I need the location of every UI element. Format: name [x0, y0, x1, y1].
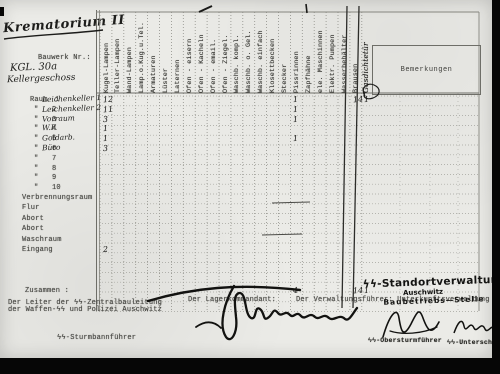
table-cell-value: 1 — [364, 95, 370, 104]
table-cell-value: 12 — [103, 95, 114, 105]
signature-right-1 — [383, 312, 439, 337]
scan-tick-2 — [306, 4, 307, 13]
column-header: Waschb. kompl. — [233, 14, 243, 93]
room-name-handwritten: Vorraum — [42, 113, 75, 123]
row-ditto-mark: " — [34, 145, 38, 153]
row-number: 9 — [52, 174, 56, 182]
row-ditto-mark: " — [34, 106, 38, 114]
gasdicht-handwritten-column-label: Gasdichtetür — [361, 14, 371, 93]
table-cell-value: 1 — [293, 114, 299, 123]
column-header: Waschb. o. Gel. — [245, 14, 255, 93]
column-header: Ofen - Ziegel. — [222, 14, 232, 93]
table-cell-value: 14 — [353, 286, 364, 296]
footer-left-rank: ϟϟ-Sturmbannführer — [57, 334, 136, 342]
stamp-line3: Baubetriebs—Stelle — [383, 293, 500, 306]
column-header: Laternen — [174, 14, 184, 93]
column-header: Wasserbehälter — [341, 14, 351, 93]
row-number: 8 — [52, 165, 56, 173]
row-ditto-mark: " — [34, 155, 38, 163]
scan-tick-1 — [199, 6, 212, 12]
row-ditto-mark: " — [34, 184, 38, 192]
scan-edge-bottom — [0, 358, 500, 374]
column-header: Kugel-Lampen — [103, 14, 113, 93]
table-cell-value: 1 — [293, 105, 299, 114]
row-ditto-mark: " — [34, 116, 38, 124]
total-row-label: Zusammen : — [25, 287, 69, 295]
table-cell-value: 3 — [103, 114, 109, 123]
column-header: Brausen — [352, 14, 362, 93]
floor-handwritten: Kellergeschoss — [7, 73, 76, 85]
room-name-handwritten: Büro — [42, 143, 61, 153]
grid-line — [262, 234, 302, 235]
scan-edge-nub — [0, 7, 4, 16]
row-number: 10 — [52, 184, 61, 192]
table-cell-value: 1 — [364, 286, 370, 295]
column-header: Stecker — [281, 14, 291, 93]
column-header: Armaturen — [150, 14, 160, 93]
column-header: Zapfhähne — [305, 14, 315, 93]
signature-right-2 — [454, 321, 497, 333]
column-header: Lamp.o.Kug.u.Tel. — [138, 14, 148, 93]
row-number: 7 — [52, 155, 56, 163]
column-header: Waschb. einfach — [257, 14, 267, 93]
column-header: Pissrinnen — [293, 14, 303, 93]
table-cell-value: 4 — [293, 286, 299, 295]
table-cell-value: 2 — [103, 245, 109, 254]
area-row-label: Abort — [22, 215, 44, 223]
bemerkungen-header-cell: Bemerkungen — [372, 45, 481, 95]
table-cell-value: 11 — [103, 104, 114, 114]
table-cell-value: 1 — [103, 134, 109, 143]
bemerkungen-label: Bemerkungen — [401, 66, 453, 74]
row-ditto-mark: " — [34, 125, 38, 133]
column-header: Elektr. Pumpen — [329, 14, 339, 93]
table-cell-value: 3 — [103, 144, 109, 153]
document-page: Krematorium II Bauwerk Nr.: KGL. 30a Kel… — [0, 0, 492, 358]
grid-line — [272, 202, 310, 203]
column-header: Ofen - email. — [210, 14, 220, 93]
footer-left-line2: der Waffen-ϟϟ und Polizei Auschwitz — [8, 306, 162, 314]
table-cell-value: 1 — [293, 95, 299, 104]
area-row-label: Waschraum — [22, 236, 62, 244]
room-name-handwritten: W.F. — [42, 123, 58, 133]
table-cell-value: 1 — [293, 134, 299, 143]
bauwerk-number-handwritten: KGL. 30a — [10, 61, 58, 74]
room-name-handwritten: Leichenkeller 2 — [42, 103, 101, 114]
signature-bauleitung — [148, 286, 357, 339]
column-header: Wand-Lampen — [126, 14, 136, 93]
area-row-label: Flur — [22, 204, 40, 212]
table-cell-value: 14 — [353, 95, 364, 105]
standortverwaltung-stamp: ϟϟ-Standortverwaltung Auschwitz Baubetri… — [363, 274, 500, 308]
room-name-handwritten: Goldarb. — [42, 133, 75, 143]
column-header: Ofen - Kacheln — [198, 14, 208, 93]
scan-edge-right — [492, 0, 500, 374]
area-row-label: Verbrennungsraum — [22, 194, 92, 202]
column-header: ele. Maschinnen — [317, 14, 327, 93]
column-header: Teller-Lampen — [114, 14, 124, 93]
footer-rank-right1: ϟϟ-Obersturmführer — [368, 337, 442, 344]
column-header: Klosettbecken — [269, 14, 279, 93]
area-row-label: Eingang — [22, 246, 53, 254]
column-header: Lüster — [162, 14, 172, 93]
scanned-document: Krematorium II Bauwerk Nr.: KGL. 30a Kel… — [0, 0, 500, 374]
row-ditto-mark: " — [34, 135, 38, 143]
row-ditto-mark: " — [34, 165, 38, 173]
area-row-label: Abort — [22, 225, 44, 233]
row-ditto-mark: " — [34, 174, 38, 182]
footer-kommandant-label: Der Lagerkommandant: — [188, 296, 276, 304]
table-cell-value: 1 — [103, 124, 109, 133]
column-header: Ofen - eisern — [186, 14, 196, 93]
